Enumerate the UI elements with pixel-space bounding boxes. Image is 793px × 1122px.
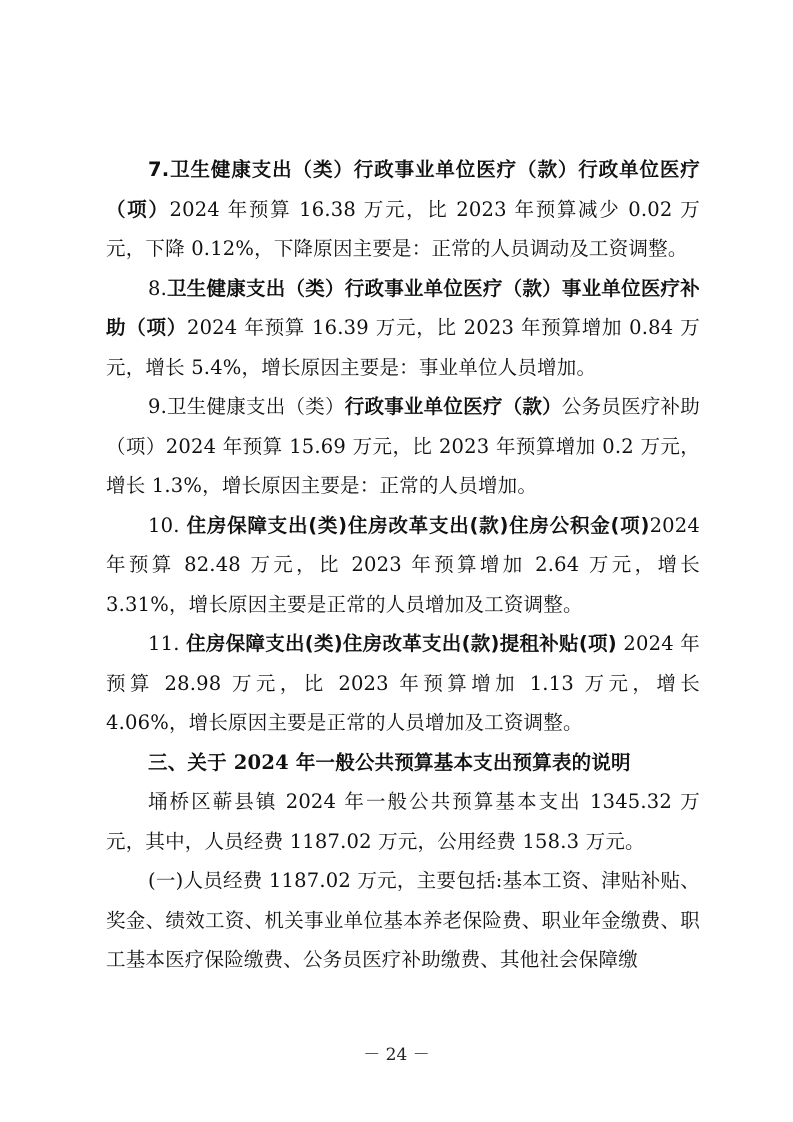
item-10: 10. 住房保障支出(类)住房改革支出(款)住房公积金(项)2024 年预算 8… xyxy=(106,506,700,625)
item-7-body: 2024 年预算 16.38 万元，比 2023 年预算减少 0.02 万元，下… xyxy=(106,198,700,261)
item-11-num: 11. xyxy=(148,632,186,655)
item-10-num: 10. xyxy=(148,514,187,537)
item-8-body: 2024 年预算 16.39 万元，比 2023 年预算增加 0.84 万元，增… xyxy=(106,316,700,379)
section-summary: 埇桥区蕲县镇 2024 年一般公共预算基本支出 1345.32 万元，其中，人员… xyxy=(106,782,700,861)
item-9-title-pre: 卫生健康支出（类） xyxy=(167,395,345,418)
section-heading: 三、关于 2024 年一般公共预算基本支出预算表的说明 xyxy=(106,743,700,783)
item-7: 7.卫生健康支出（类）行政事业单位医疗（款）行政单位医疗（项）2024 年预算 … xyxy=(106,150,700,269)
item-11-title: 住房保障支出(类)住房改革支出(款)提租补贴(项) xyxy=(186,632,617,655)
item-10-title: 住房保障支出(类)住房改革支出(款)住房公积金(项) xyxy=(187,514,650,537)
item-9-title-bold: 行政事业单位医疗（款） xyxy=(345,395,562,418)
item-8: 8.卫生健康支出（类）行政事业单位医疗（款）事业单位医疗补助（项）2024 年预… xyxy=(106,269,700,388)
item-7-num: 7. xyxy=(148,158,169,181)
item-8-num: 8. xyxy=(148,277,167,300)
item-9-num: 9. xyxy=(148,395,167,418)
item-9: 9.卫生健康支出（类）行政事业单位医疗（款）公务员医疗补助（项）2024 年预算… xyxy=(106,387,700,506)
document-page: 7.卫生健康支出（类）行政事业单位医疗（款）行政单位医疗（项）2024 年预算 … xyxy=(106,150,700,980)
item-9-body: 2024 年预算 15.69 万元，比 2023 年预算增加 0.2 万元，增长… xyxy=(106,435,700,498)
page-number: － 24 － xyxy=(0,1040,793,1065)
personnel-expenses: (一)人员经费 1187.02 万元，主要包括:基本工资、津贴补贴、奖金、绩效工… xyxy=(106,861,700,980)
item-11: 11. 住房保障支出(类)住房改革支出(款)提租补贴(项) 2024 年预算 2… xyxy=(106,624,700,743)
